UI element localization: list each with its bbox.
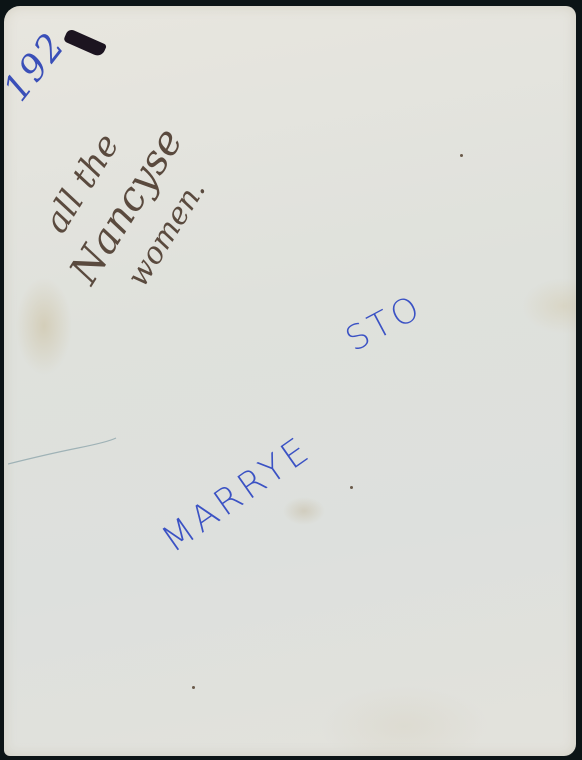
stain-dot (192, 686, 195, 689)
stain-dot (350, 486, 353, 489)
crack-line (8, 436, 118, 466)
photo-back-card (4, 6, 576, 756)
stain-dot (460, 154, 463, 157)
